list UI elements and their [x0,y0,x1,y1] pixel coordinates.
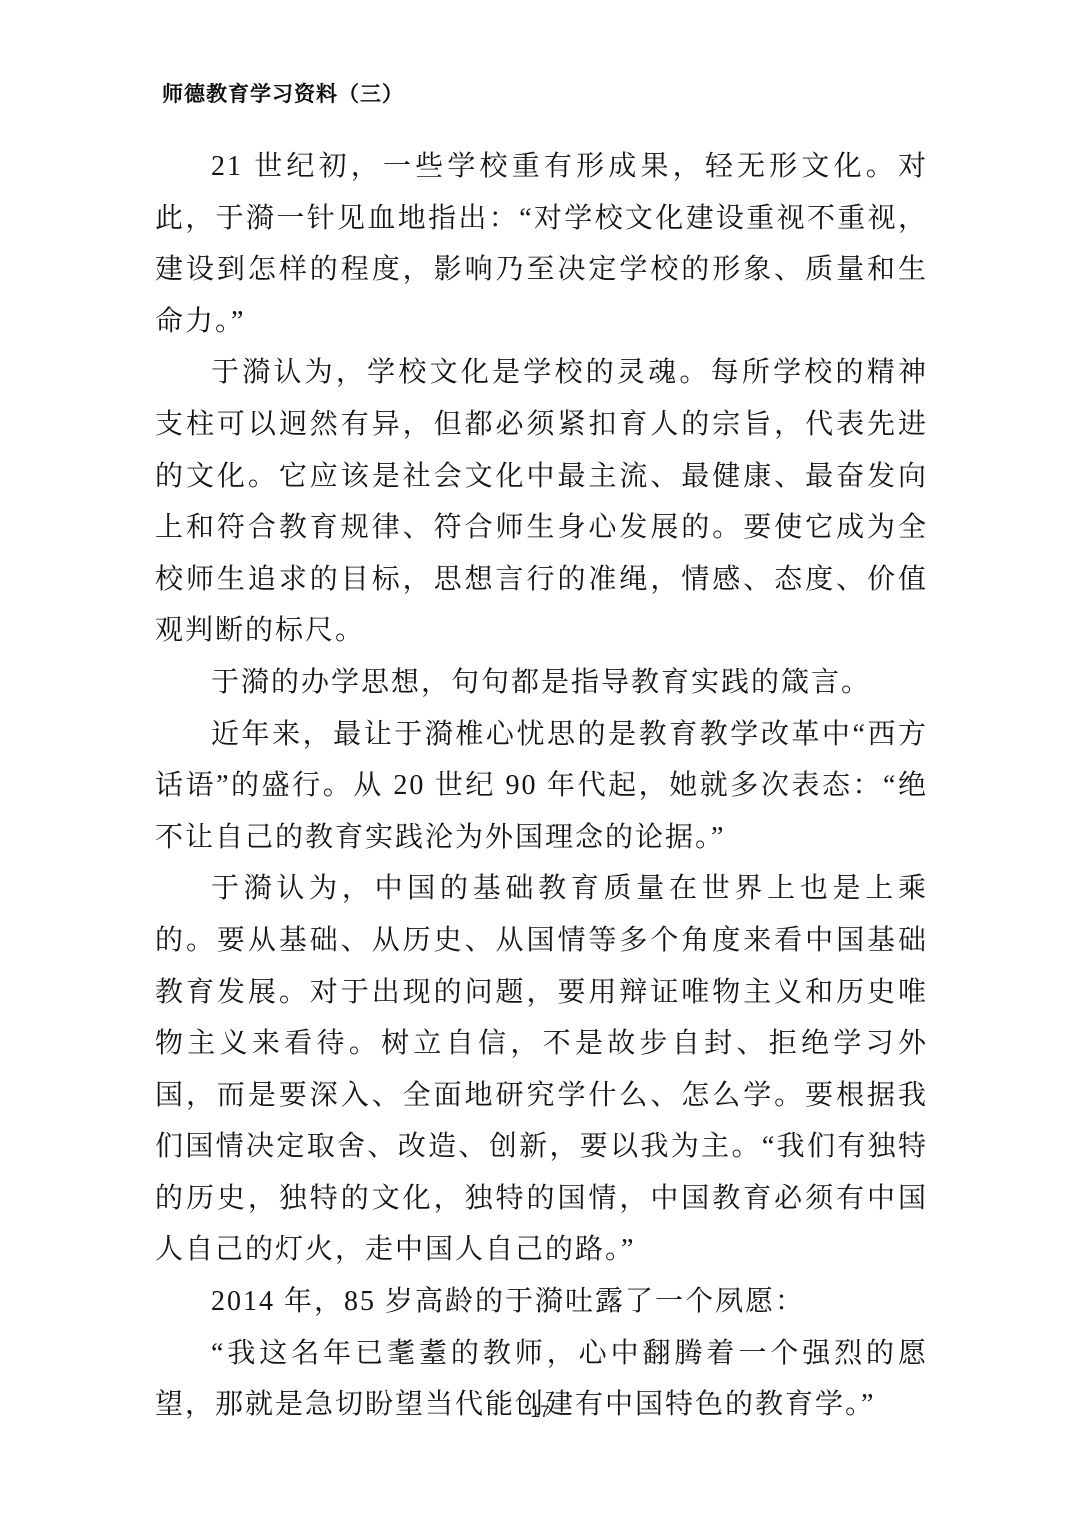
body-paragraph: 于漪认为，中国的基础教育质量在世界上也是上乘的。要从基础、从历史、从国情等多个角… [155,863,928,1276]
page-number: 17 [0,1402,1080,1422]
page-header-title: 师德教育学习资料（三） [162,78,404,108]
document-page: 师德教育学习资料（三） 21 世纪初，一些学校重有形成果，轻无形文化。对此，于漪… [0,0,1080,1527]
body-paragraph: 于漪认为，学校文化是学校的灵魂。每所学校的精神支柱可以迥然有异，但都必须紧扣育人… [155,347,928,657]
document-body: 21 世纪初，一些学校重有形成果，轻无形文化。对此，于漪一针见血地指出：“对学校… [155,141,928,1431]
body-paragraph: 于漪的办学思想，句句都是指导教育实践的箴言。 [155,657,928,709]
body-paragraph: 近年来，最让于漪椎心忧思的是教育教学改革中“西方话语”的盛行。从 20 世纪 9… [155,709,928,864]
body-paragraph: 2014 年，85 岁高龄的于漪吐露了一个夙愿： [155,1276,928,1328]
body-paragraph: 21 世纪初，一些学校重有形成果，轻无形文化。对此，于漪一针见血地指出：“对学校… [155,141,928,347]
